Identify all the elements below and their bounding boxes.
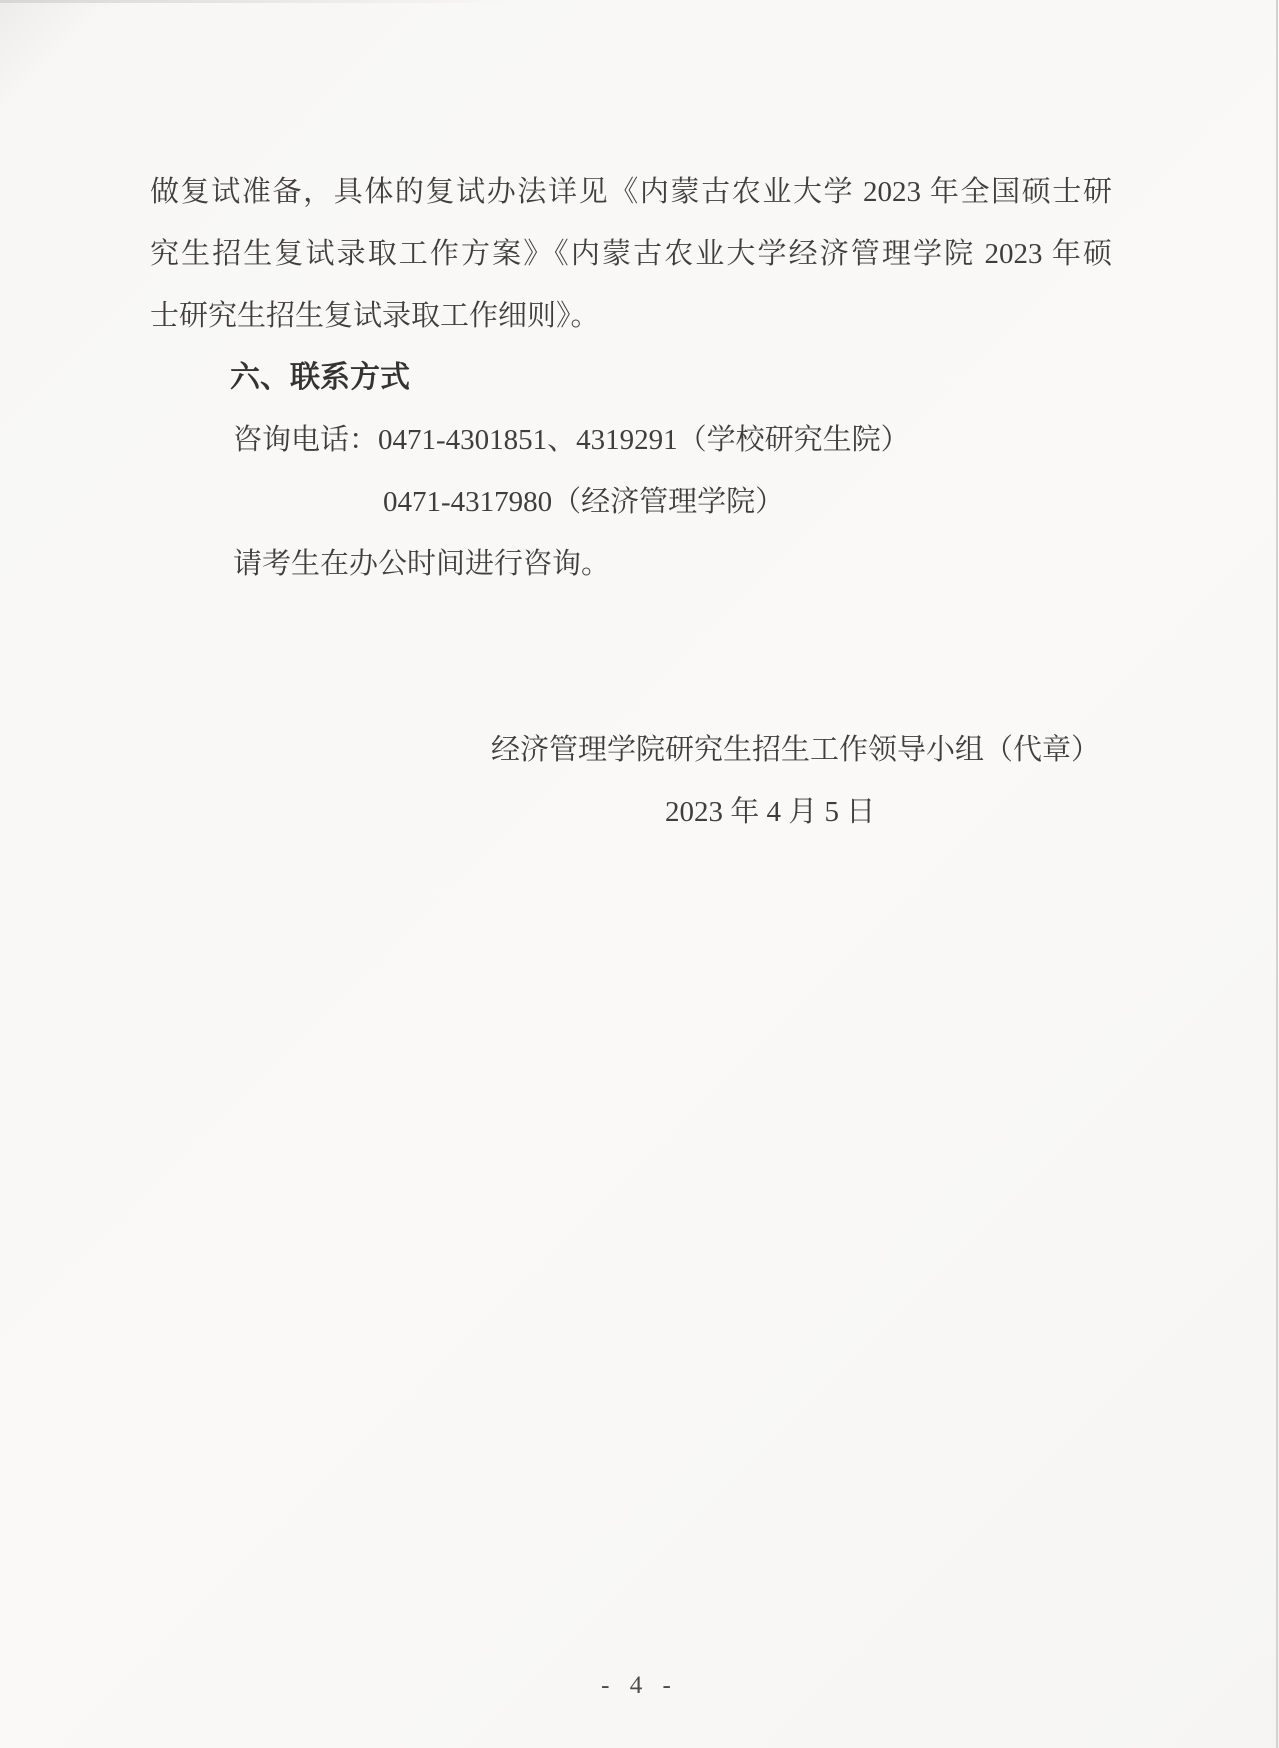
document-page: 做复试准备，具体的复试办法详见《内蒙古农业大学 2023 年全国硕士研 究生招生… (0, 0, 1279, 1748)
signature-line: 经济管理学院研究生招生工作领导小组（代章） (150, 719, 1112, 781)
paragraph-line-3: 士研究生招生复试录取工作细则》。 (150, 285, 1112, 347)
document-content: 做复试准备，具体的复试办法详见《内蒙古农业大学 2023 年全国硕士研 究生招生… (0, 0, 1279, 843)
page-number: - 4 - (0, 1672, 1279, 1700)
contact-phone-line-2: 0471-4317980（经济管理学院） (150, 471, 1112, 533)
contact-phone-line-1: 咨询电话：0471-4301851、4319291（学校研究生院） (150, 409, 1112, 471)
paragraph-line-1: 做复试准备，具体的复试办法详见《内蒙古农业大学 2023 年全国硕士研 (150, 161, 1112, 223)
scan-top-edge-artifact (0, 0, 512, 3)
paragraph-line-2: 究生招生复试录取工作方案》《内蒙古农业大学经济管理学院 2023 年硕 (150, 223, 1112, 285)
consult-note: 请考生在办公时间进行咨询。 (150, 533, 1112, 595)
vertical-spacer (150, 595, 1112, 719)
section-heading-contact: 六、联系方式 (150, 347, 1112, 409)
page-right-edge-line (1276, 0, 1278, 1748)
date-line: 2023 年 4 月 5 日 (150, 781, 1112, 843)
